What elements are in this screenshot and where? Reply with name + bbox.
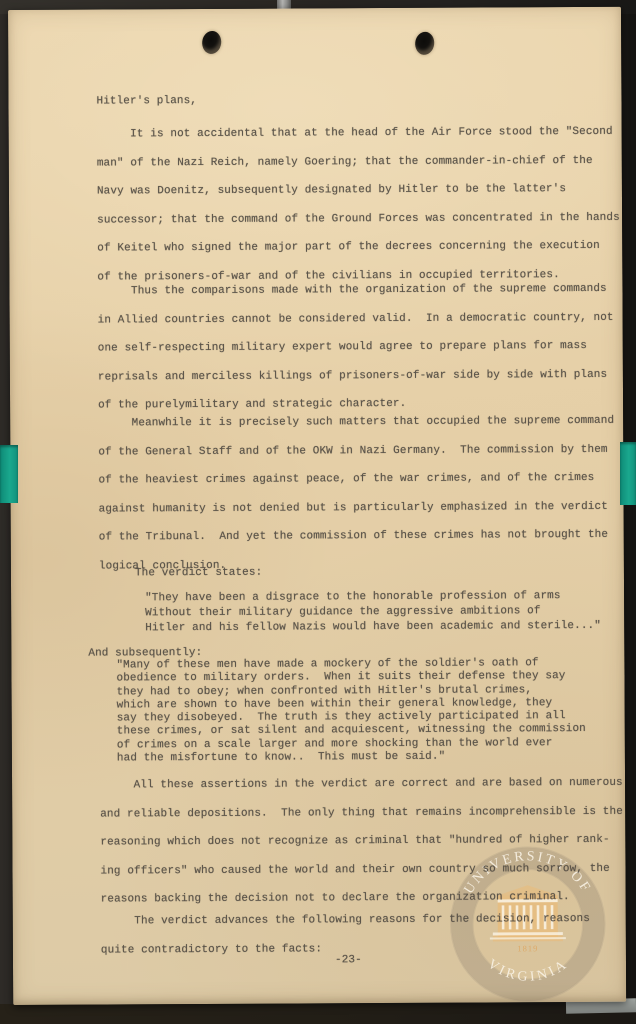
paragraph-comparisons: Thus the comparisons made with the organ…: [97, 275, 614, 421]
paragraph-meanwhile: Meanwhile it is precisely such matters t…: [98, 407, 615, 581]
document-page: UNIVERSITY OF VIRGINIA 1819 Hitler's pla…: [8, 7, 626, 1005]
document-heading: Hitler's plans,: [96, 95, 197, 108]
teal-folder-edge-left: [0, 445, 18, 503]
hole-punch-left: [201, 30, 223, 55]
verdict-intro-line: The verdict states:: [135, 567, 262, 580]
paragraph-air-force: It is not accidental that at the head of…: [97, 118, 621, 292]
verdict-quote-2: "Many of these men have made a mockery o…: [116, 657, 586, 766]
subsequently-line: And subsequently:: [88, 647, 202, 660]
page-number: -23-: [335, 954, 362, 966]
scanned-document-screenshot: { "document": { "heading": "Hitler's pla…: [0, 0, 636, 1024]
paragraph-assertions: All these assertions in the verdict are …: [100, 769, 623, 915]
scanner-background-bottom: [0, 1004, 636, 1024]
teal-folder-edge-right: [620, 442, 636, 505]
verdict-quote-1: "They have been a disgrace to the honora…: [145, 589, 601, 637]
hole-punch-right: [414, 31, 436, 56]
